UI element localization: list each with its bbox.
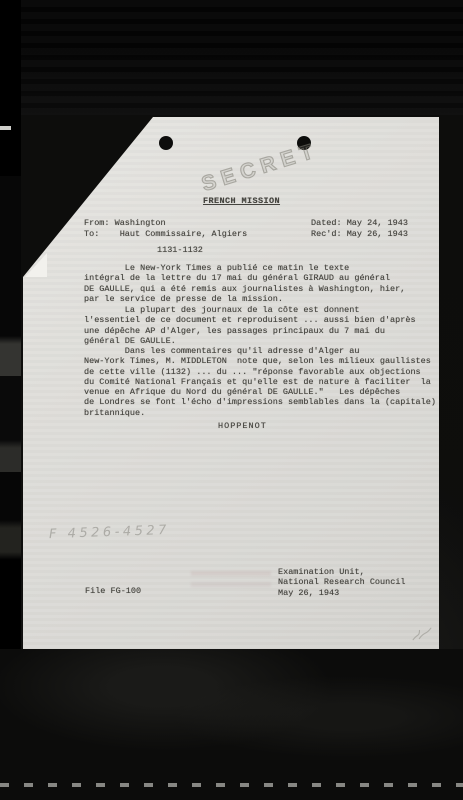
header-from: From: Washington bbox=[84, 218, 166, 228]
header-to: To: Haut Commissaire, Algiers bbox=[84, 229, 247, 239]
body-paragraph-1: Le New-York Times a publié ce matin le t… bbox=[84, 263, 405, 304]
header-dated: Dated: May 24, 1943 bbox=[311, 218, 408, 228]
document-title: FRENCH MISSION bbox=[203, 196, 280, 206]
faded-receipt-stamp bbox=[191, 571, 271, 597]
header-received: Rec'd: May 26, 1943 bbox=[311, 229, 408, 239]
secret-classification-stamp: SECRET bbox=[199, 139, 322, 197]
punch-hole-left bbox=[159, 136, 173, 150]
signature: HOPPENOT bbox=[218, 421, 267, 431]
clipped-corner-highlight bbox=[23, 117, 53, 282]
document-page: SECRET FRENCH MISSION From: Washington T… bbox=[23, 117, 439, 649]
film-bottom-band bbox=[0, 649, 463, 800]
message-number: 1131-1132 bbox=[157, 245, 203, 255]
body-paragraph-2: La plupart des journaux de la côte est d… bbox=[84, 305, 416, 346]
examination-unit-block: Examination Unit, National Research Coun… bbox=[278, 567, 406, 598]
film-top-band bbox=[0, 0, 463, 115]
handwritten-file-annotation: F 4526-4527 bbox=[49, 523, 170, 542]
microfilm-frame: SECRET FRENCH MISSION From: Washington T… bbox=[0, 0, 463, 800]
film-perforation-dashes bbox=[0, 783, 463, 787]
file-number: File FG-100 bbox=[85, 586, 141, 596]
corner-pencil-scribble bbox=[409, 620, 436, 647]
body-paragraph-3: Dans les commentaires qu'il adresse d'Al… bbox=[84, 346, 436, 418]
film-edge-mark bbox=[0, 126, 11, 130]
